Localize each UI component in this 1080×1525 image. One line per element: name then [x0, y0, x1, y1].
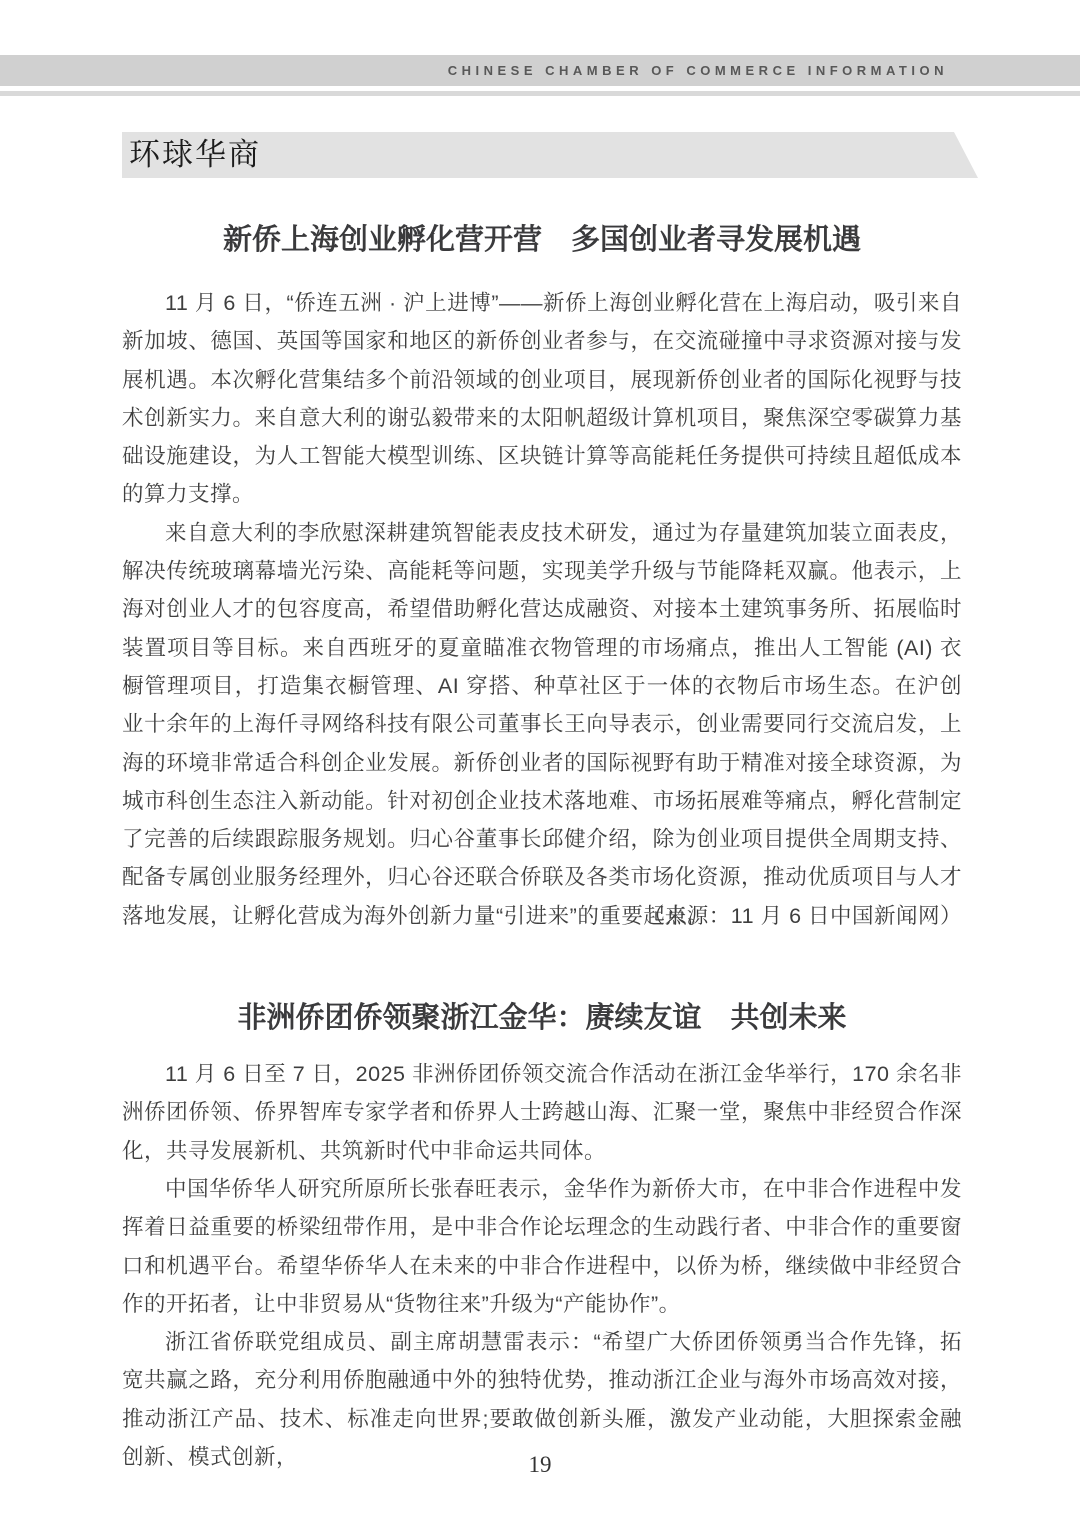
article1-paragraph: 来自意大利的李欣慰深耕建筑智能表皮技术研发，通过为存量建筑加装立面表皮，解决传统… [122, 514, 962, 935]
article1-paragraph: 11 月 6 日，“侨连五洲 · 沪上进博”——新侨上海创业孵化营在上海启动，吸… [122, 284, 962, 514]
article2-title: 非洲侨团侨领聚浙江金华：赓续友谊 共创未来 [122, 998, 962, 1038]
banner-title: CHINESE CHAMBER OF COMMERCE INFORMATION [0, 55, 1080, 86]
banner-divider [0, 91, 1080, 96]
article2-paragraph: 11 月 6 日至 7 日，2025 非洲侨团侨领交流合作活动在浙江金华举行，1… [122, 1055, 962, 1170]
article-column: 新侨上海创业孵化营开营 多国创业者寻发展机遇 11 月 6 日，“侨连五洲 · … [122, 220, 962, 1476]
page-number: 19 [0, 1452, 1080, 1478]
article2-body: 11 月 6 日至 7 日，2025 非洲侨团侨领交流合作活动在浙江金华举行，1… [122, 1055, 962, 1476]
top-banner-bar: CHINESE CHAMBER OF COMMERCE INFORMATION [0, 55, 1080, 86]
section-header-bar: 环球华商 [122, 132, 978, 178]
section-title: 环球华商 [122, 132, 978, 178]
article1-body: 11 月 6 日，“侨连五洲 · 沪上进博”——新侨上海创业孵化营在上海启动，吸… [122, 284, 962, 935]
article1-title: 新侨上海创业孵化营开营 多国创业者寻发展机遇 [122, 220, 962, 260]
article2-paragraph: 中国华侨华人研究所原所长张春旺表示，金华作为新侨大市，在中非合作进程中发挥着日益… [122, 1170, 962, 1323]
newsletter-page: { "banner": { "text": "CHINESE CHAMBER O… [0, 0, 1080, 1525]
